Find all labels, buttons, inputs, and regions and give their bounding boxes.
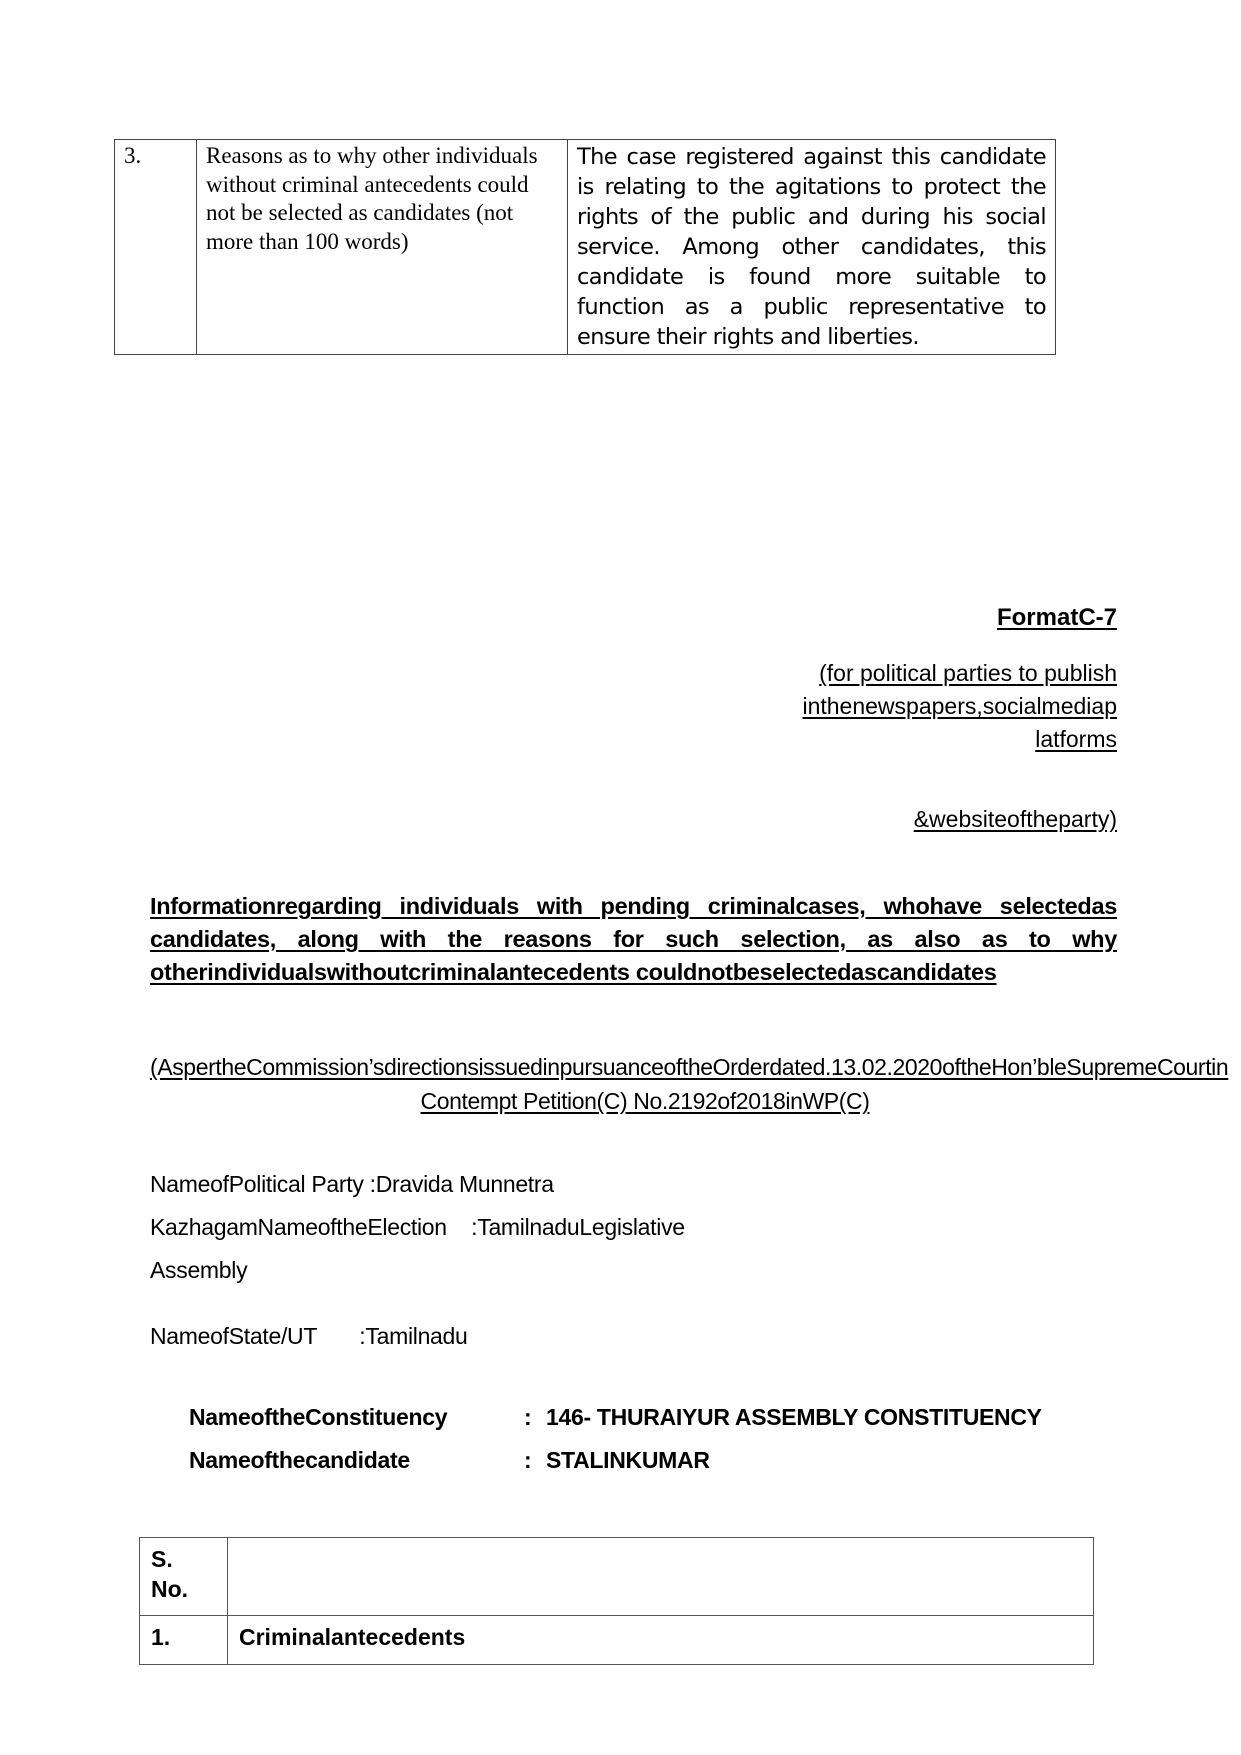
table-row: 3. Reasons as to why other individuals w… (115, 140, 1056, 355)
format-purpose-continued: &websiteoftheparty) (914, 806, 1117, 833)
header-serial-number: S. No. (140, 1538, 228, 1616)
row-content: Criminalantecedents (228, 1616, 1094, 1665)
document-heading: Informationregarding individuals with pe… (150, 890, 1117, 989)
constituency-line: NameoftheConstituency:146- THURAIYUR ASS… (189, 1403, 1042, 1431)
format-purpose: (for political parties to publish inthen… (737, 657, 1117, 756)
antecedents-table: S. No. 1. Criminalantecedents (139, 1537, 1094, 1665)
constituency-label: NameoftheConstituency (189, 1403, 524, 1431)
election-line: KazhagamNameoftheElection :TamilnaduLegi… (150, 1213, 685, 1241)
state-line: NameofState/UT :Tamilnadu (150, 1322, 468, 1350)
constituency-value: 146- THURAIYUR ASSEMBLY CONSTITUENCY (546, 1404, 1042, 1430)
table-header-row: S. No. (140, 1538, 1094, 1616)
election-line-continued: Assembly (150, 1256, 247, 1284)
header-content (228, 1538, 1094, 1616)
political-party-line: NameofPolitical Party :Dravida Munnetra (150, 1170, 554, 1198)
row-number: 1. (140, 1616, 228, 1665)
constituency-separator: : (524, 1403, 546, 1431)
row-question: Reasons as to why other individuals with… (197, 140, 568, 355)
format-title: FormatC-7 (997, 604, 1117, 632)
reasons-table: 3. Reasons as to why other individuals w… (114, 139, 1056, 355)
candidate-value: STALINKUMAR (546, 1447, 710, 1473)
candidate-label: Nameofthecandidate (189, 1446, 524, 1474)
candidate-separator: : (524, 1446, 546, 1474)
order-reference: (AspertheCommission’sdirectionsissuedinp… (150, 1050, 1140, 1118)
row-number: 3. (115, 140, 197, 355)
table-row: 1. Criminalantecedents (140, 1616, 1094, 1665)
candidate-line: Nameofthecandidate:STALINKUMAR (189, 1446, 710, 1474)
row-answer: The case registered against this candida… (568, 140, 1056, 355)
